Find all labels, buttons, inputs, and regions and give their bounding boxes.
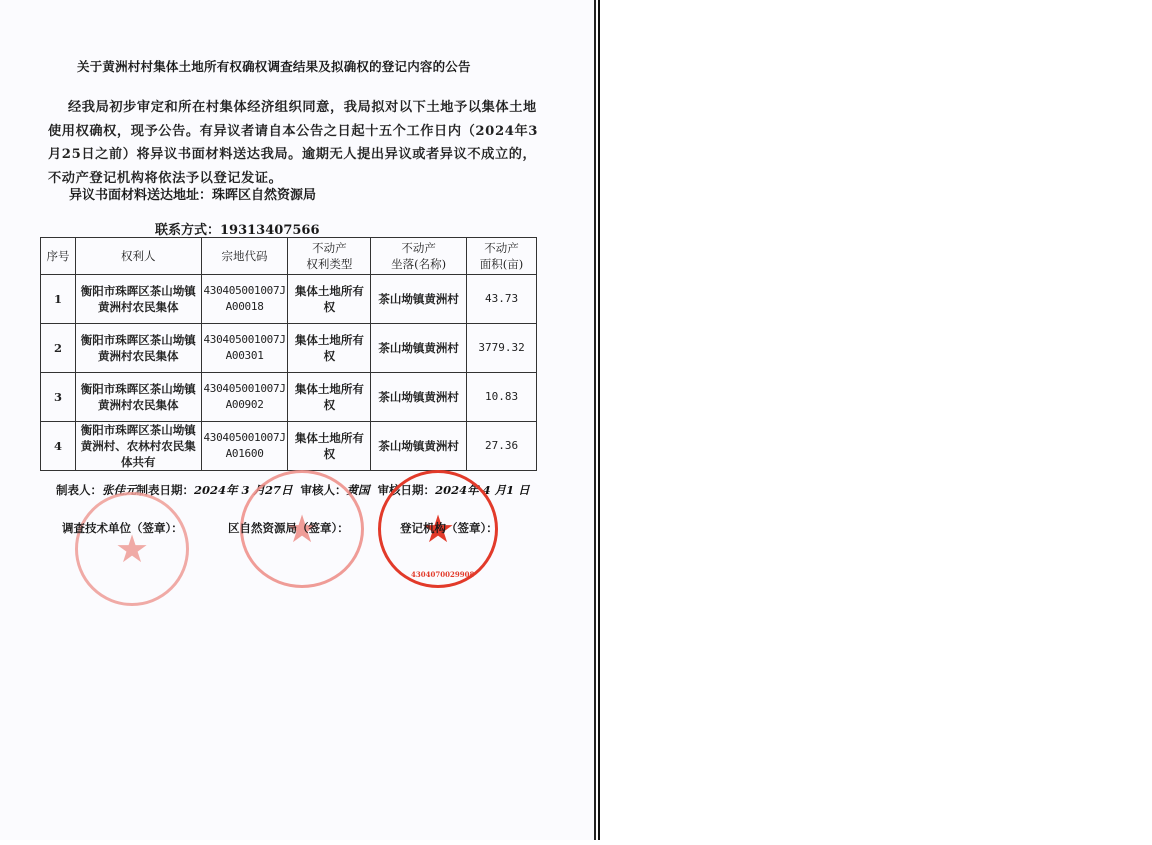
- table-row: 1衡阳市珠晖区茶山坳镇黄洲村农民集体430405001007JA00018集体土…: [41, 275, 537, 324]
- cell-location: 茶山坳镇黄洲村: [371, 373, 467, 422]
- contact-info: 联系方式：19313407566: [155, 219, 320, 238]
- cell-code: 430405001007JA00018: [201, 275, 288, 324]
- table-row: 3衡阳市珠晖区茶山坳镇黄洲村农民集体430405001007JA00902集体土…: [41, 373, 537, 422]
- column-header-text: 不动产: [289, 240, 369, 256]
- column-header-text: 权利类型: [289, 256, 369, 272]
- survey-unit-seal-label: 调查技术单位（签章）：: [62, 520, 183, 536]
- cell-no: 3: [41, 373, 76, 422]
- table-body: 1衡阳市珠晖区茶山坳镇黄洲村农民集体430405001007JA00018集体土…: [41, 275, 537, 471]
- cell-area: 10.83: [467, 373, 537, 422]
- page-edge: [598, 0, 600, 840]
- cell-owner: 衡阳市珠晖区茶山坳镇黄洲村农民集体: [75, 373, 201, 422]
- cell-location: 茶山坳镇黄洲村: [371, 422, 467, 471]
- scanned-page: 关于黄洲村村集体土地所有权确权调查结果及拟确权的登记内容的公告 经我局初步审定和…: [0, 0, 596, 840]
- objection-address: 异议书面材料送达地址：珠晖区自然资源局: [69, 184, 316, 203]
- column-header-text: 权利人: [77, 248, 200, 264]
- cell-type: 集体土地所有权: [288, 275, 371, 324]
- column-header: 序号: [41, 238, 76, 275]
- notice-body: 经我局初步审定和所在村集体经济组织同意，我局拟对以下土地予以集体土地使用权确权，…: [48, 96, 548, 190]
- cell-no: 2: [41, 324, 76, 373]
- cell-type: 集体土地所有权: [288, 373, 371, 422]
- registry-stamp-code: 4304070029908: [411, 570, 474, 579]
- cell-owner: 衡阳市珠晖区茶山坳镇黄洲村农民集体: [75, 275, 201, 324]
- preparer-label: 制表人：: [56, 482, 102, 498]
- column-header-text: 不动产: [468, 240, 535, 256]
- cell-area: 27.36: [467, 422, 537, 471]
- survey-unit-stamp: ★: [75, 492, 189, 606]
- cell-area: 43.73: [467, 275, 537, 324]
- cell-area: 3779.32: [467, 324, 537, 373]
- table-row: 2衡阳市珠晖区茶山坳镇黄洲村农民集体430405001007JA00301集体土…: [41, 324, 537, 373]
- column-header: 不动产权利类型: [288, 238, 371, 275]
- cell-owner: 衡阳市珠晖区茶山坳镇黄洲村、农林村农民集体共有: [75, 422, 201, 471]
- cell-code: 430405001007JA00301: [201, 324, 288, 373]
- cell-location: 茶山坳镇黄洲村: [371, 275, 467, 324]
- cell-type: 集体土地所有权: [288, 422, 371, 471]
- cell-code: 430405001007JA01600: [201, 422, 288, 471]
- column-header-text: 不动产: [372, 240, 465, 256]
- column-header-text: 序号: [42, 248, 74, 264]
- cell-type: 集体土地所有权: [288, 324, 371, 373]
- cell-owner: 衡阳市珠晖区茶山坳镇黄洲村农民集体: [75, 324, 201, 373]
- land-registration-table: 序号权利人宗地代码不动产权利类型不动产坐落(名称)不动产面积(亩) 1衡阳市珠晖…: [40, 237, 537, 471]
- cell-no: 4: [41, 422, 76, 471]
- column-header-text: 面积(亩): [468, 256, 535, 272]
- column-header: 不动产面积(亩): [467, 238, 537, 275]
- registry-seal-label: 登记机构（签章）：: [400, 520, 498, 536]
- cell-location: 茶山坳镇黄洲村: [371, 324, 467, 373]
- table-header-row: 序号权利人宗地代码不动产权利类型不动产坐落(名称)不动产面积(亩): [41, 238, 537, 275]
- resource-bureau-seal-label: 区自然资源局（签章）：: [228, 520, 349, 536]
- cell-no: 1: [41, 275, 76, 324]
- notice-title: 关于黄洲村村集体土地所有权确权调查结果及拟确权的登记内容的公告: [77, 57, 471, 75]
- table-row: 4衡阳市珠晖区茶山坳镇黄洲村、农林村农民集体共有430405001007JA01…: [41, 422, 537, 471]
- column-header: 宗地代码: [201, 238, 288, 275]
- column-header: 权利人: [75, 238, 201, 275]
- column-header: 不动产坐落(名称): [371, 238, 467, 275]
- column-header-text: 坐落(名称): [372, 256, 465, 272]
- column-header-text: 宗地代码: [203, 248, 287, 264]
- cell-code: 430405001007JA00902: [201, 373, 288, 422]
